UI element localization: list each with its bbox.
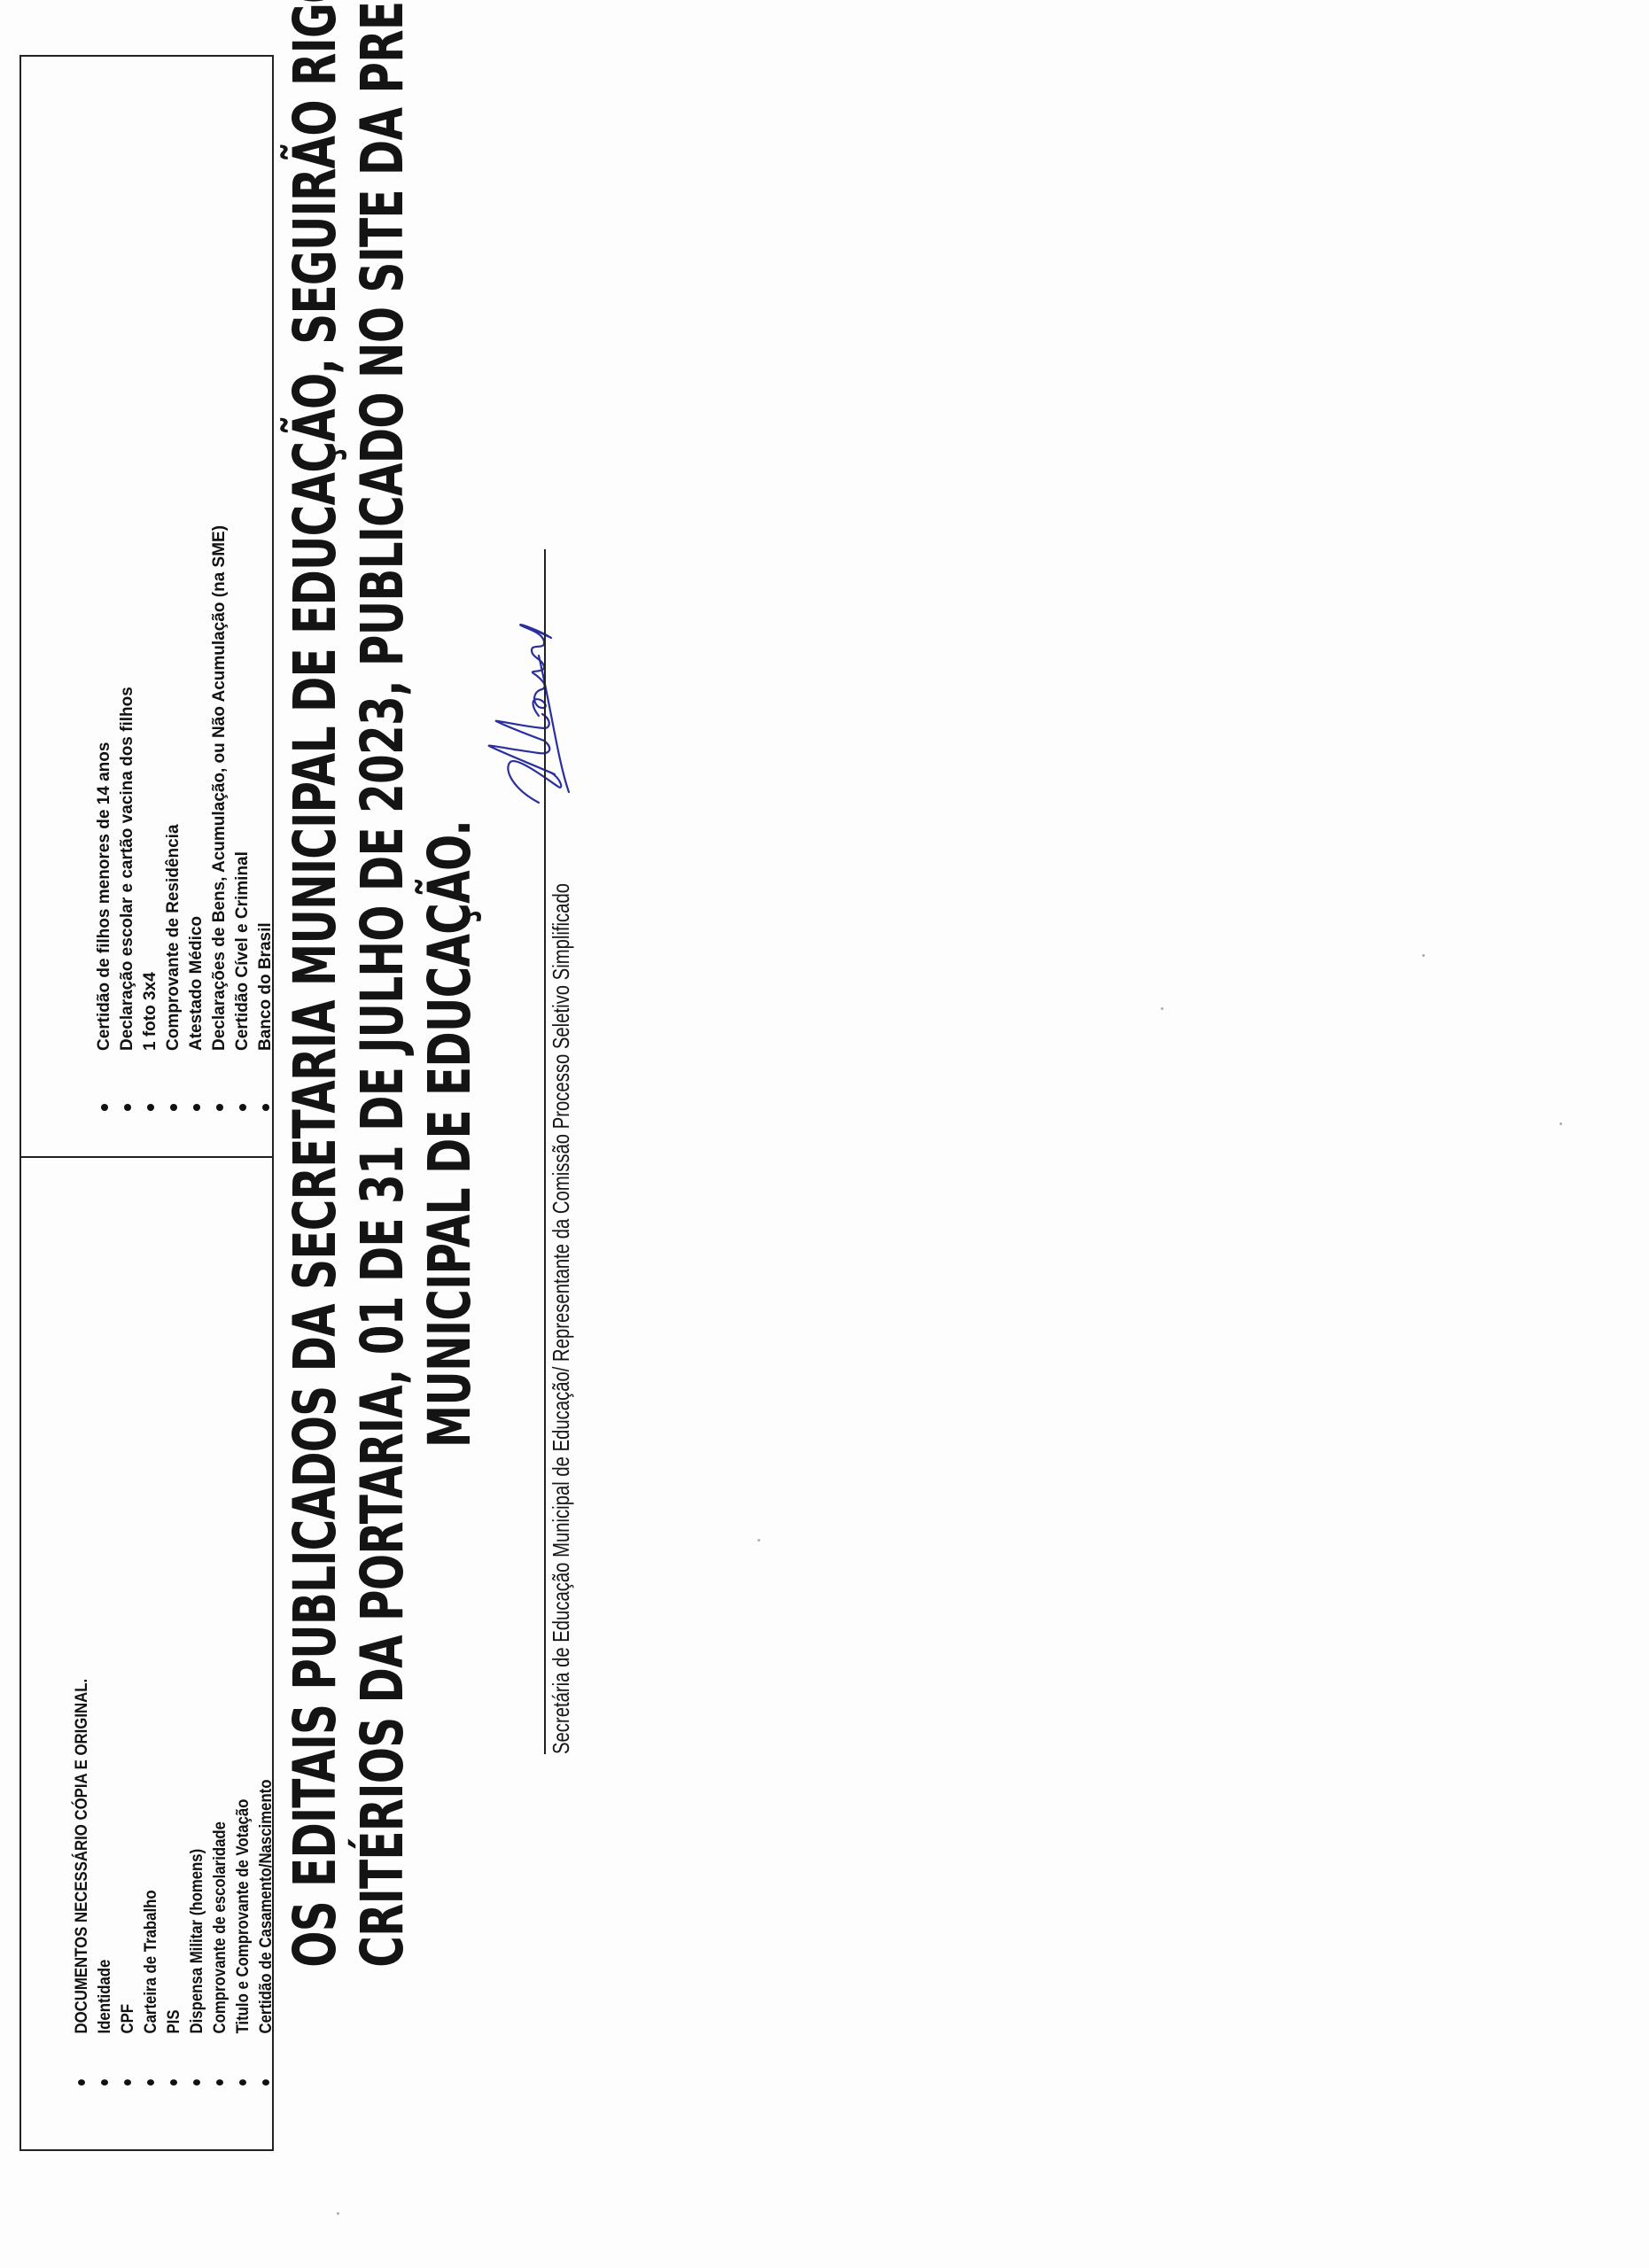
list-item: Identidade [93,1679,116,2085]
list-item: Certidão Cível e Criminal [231,525,254,1111]
required-documents-list-right: Certidão de filhos menores de 14 anos De… [93,525,277,1111]
list-item: Dispensa Militar (homens) [185,1679,208,2085]
list-item: Declarações de Bens, Acumulação, ou Não … [208,525,231,1111]
signature-caption: Secretária de Educação Municipal de Educ… [548,863,574,1754]
notice-heading: OS EDITAIS PUBLICADOS DA SECRETARIA MUNI… [282,0,484,2268]
handwritten-signature-icon [477,611,574,815]
scan-speck [1560,1122,1562,1125]
list-item: Titulo e Comprovante de Votação [231,1679,254,2085]
list-item: Carteira de Trabalho [139,1679,162,2085]
column-divider [21,1156,272,1158]
scanned-document-page: DOCUMENTOS NECESSÁRIO CÓPIA E ORIGINAL. … [0,0,1649,2268]
list-item: DOCUMENTOS NECESSÁRIO CÓPIA E ORIGINAL. [70,1679,93,2085]
list-item: PIS [162,1679,185,2085]
scan-speck [758,1539,760,1542]
scan-speck [337,2212,339,2215]
list-item: Declaração escolar e cartão vacina dos f… [116,525,139,1111]
notice-line-1: OS EDITAIS PUBLICADOS DA SECRETARIA MUNI… [282,300,349,1968]
scan-speck [1161,1007,1163,1010]
signature-line [544,549,546,1754]
list-item: Banco do Brasil [254,525,277,1111]
list-item: Comprovante de escolaridade [208,1679,231,2085]
list-item: Atestado Médico [185,525,208,1111]
list-item: 1 foto 3x4 [139,525,162,1111]
list-item: Certidão de Casamento/Nascimento [254,1679,277,2085]
list-item: Comprovante de Residência [162,525,185,1111]
list-item: CPF [116,1679,139,2085]
notice-line-2: CRITÉRIOS DA PORTARIA, 01 DE 31 DE JULHO… [349,300,416,1968]
required-documents-box: DOCUMENTOS NECESSÁRIO CÓPIA E ORIGINAL. … [19,55,274,2151]
signature-block: Secretária de Educação Municipal de Educ… [461,549,567,1754]
scan-speck [1422,954,1425,957]
list-item: Certidão de filhos menores de 14 anos [93,525,116,1111]
required-documents-list-left: DOCUMENTOS NECESSÁRIO CÓPIA E ORIGINAL. … [70,1679,277,2085]
